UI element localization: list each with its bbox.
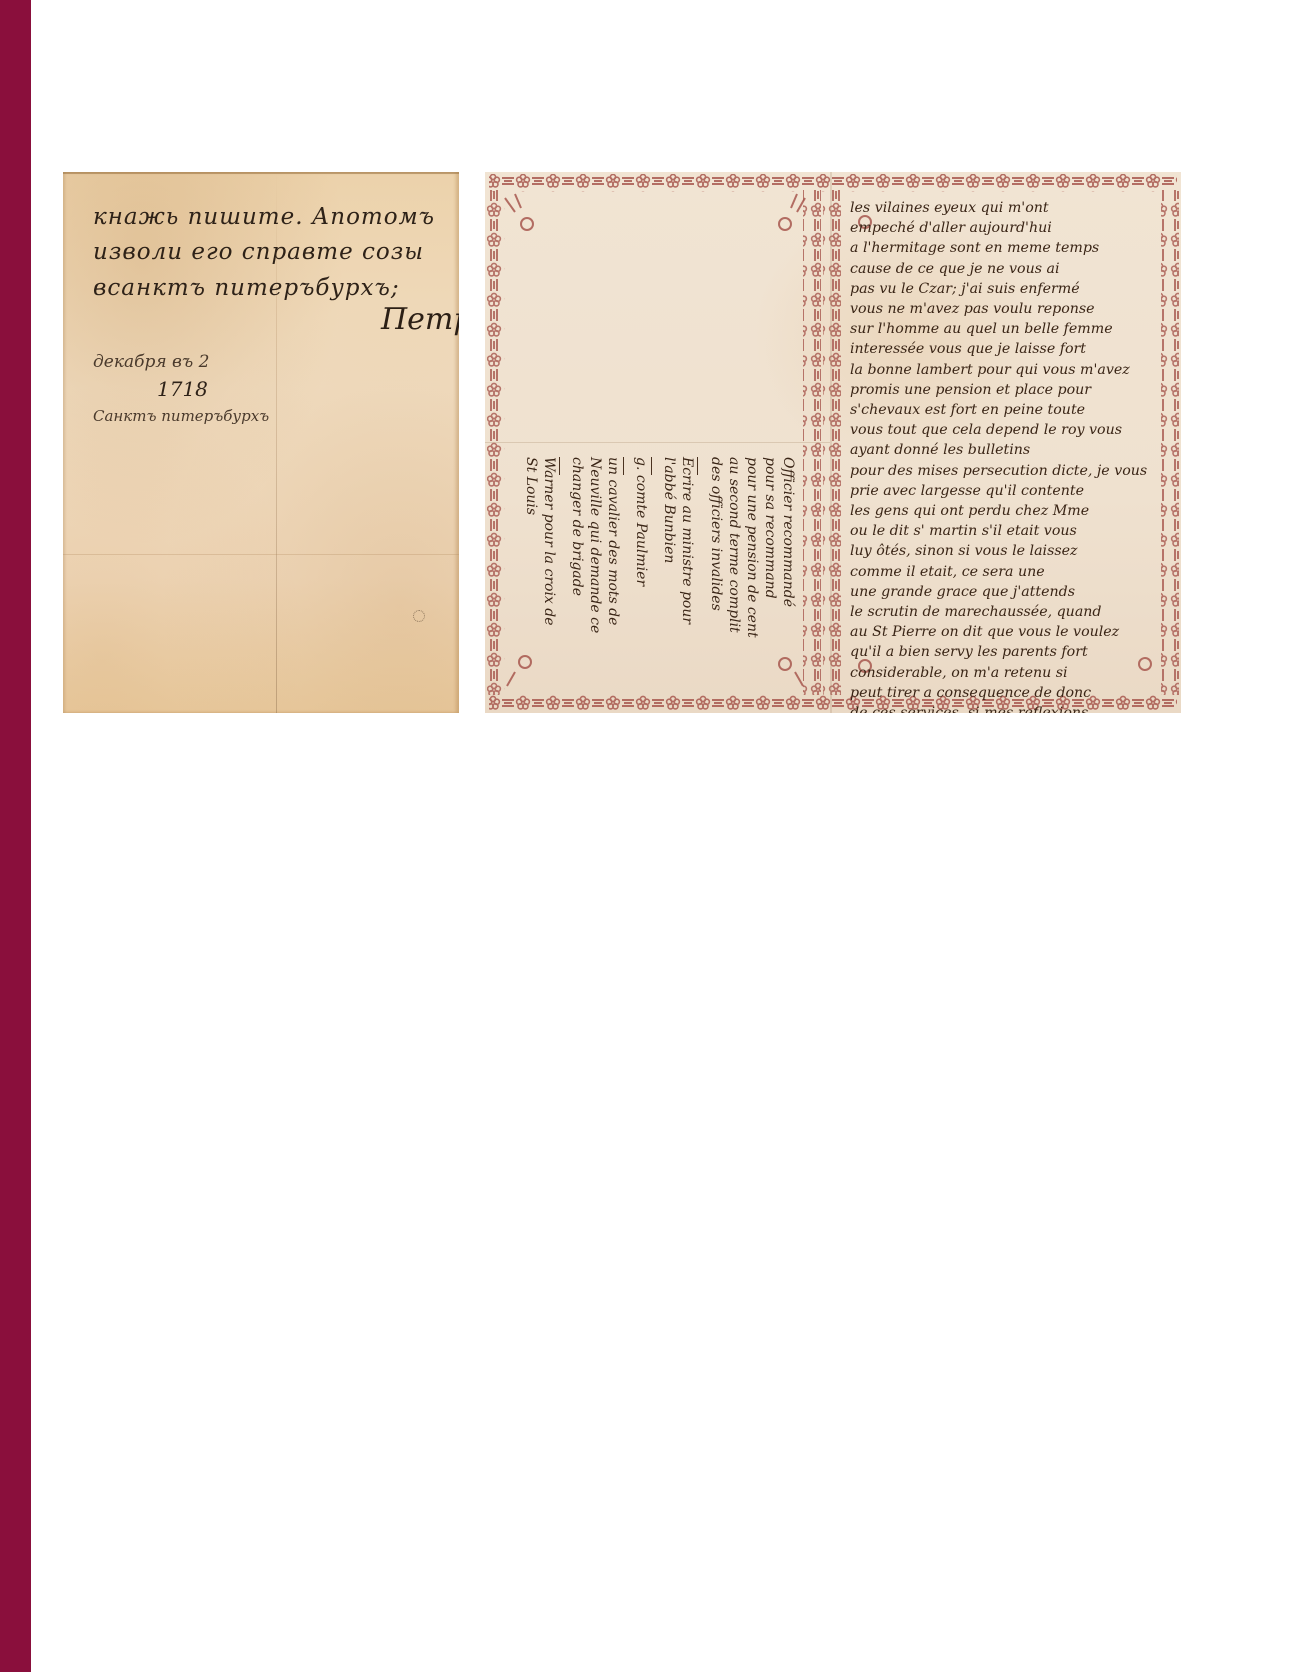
place-line: Санктъ питеръбурхъ (93, 407, 269, 425)
french-letter-image: les vilaines eyeux qui m'ont empeché d'a… (485, 172, 1181, 713)
note-line: un cavalier des mots de (605, 457, 621, 625)
letter-line: peut tirer a consequence de donc (850, 683, 1160, 703)
letter-line: luy ôtés, sinon si vous le laissez (850, 541, 1160, 561)
separator-dash (559, 457, 560, 475)
year: 1718 (157, 377, 208, 401)
letter-line: pas vu le Czar; j'ai suis enfermé (850, 279, 1160, 299)
russian-letter-image: кнажь пишите. Апотомъ изволи его справте… (63, 172, 459, 713)
letter-line: considerable, on m'a retenu si (850, 663, 1160, 683)
letter-line: s'chevaux est fort en peine toute (850, 400, 1160, 420)
letter-line: cause de ce que je ne vous ai (850, 259, 1160, 279)
paper-fold-vertical (830, 172, 832, 713)
letter-line: promis une pension et place pour (850, 380, 1160, 400)
letter-line: le scrutin de marechaussée, quand (850, 602, 1160, 622)
letter-line: prie avec largesse qu'il contente (850, 481, 1160, 501)
note-line: l'abbé Bunbien (661, 457, 677, 563)
separator-dash (697, 457, 698, 475)
note-line: Ecrire au ministre pour (679, 457, 695, 624)
letter-line: ayant donné les bulletins (850, 440, 1160, 460)
separator-dash (651, 457, 652, 475)
letter-line: au St Pierre on dit que vous le voulez (850, 622, 1160, 642)
note-line: au second terme complit (726, 457, 742, 633)
signature: Петръ (381, 302, 459, 337)
note-line: Neuville qui demande ce (587, 457, 603, 633)
letter-line: empeché d'aller aujourd'hui (850, 218, 1160, 238)
letter-line: vous ne m'avez pas voulu reponse (850, 299, 1160, 319)
letter-line: vous tout que cela depend le roy vous (850, 420, 1160, 440)
date-line: декабря въ 2 (93, 352, 210, 372)
note-line: changer de brigade (569, 457, 585, 596)
letter-line: всанктъ питеръбурхъ; (93, 275, 400, 301)
paper-fold-horizontal (63, 554, 459, 555)
stamp-mark-icon (413, 610, 425, 622)
letter-line: de ces services, si mes reflexions (850, 703, 1160, 713)
letter-line: comme il etait, ce sera une (850, 562, 1160, 582)
letter-line: ou le dit s' martin s'il etait vous (850, 521, 1160, 541)
note-line: pour une pension de cent (744, 457, 760, 638)
accent-side-bar (0, 0, 31, 1672)
letter-line: les vilaines eyeux qui m'ont (850, 198, 1160, 218)
letter-line: кнажь пишите. Апотомъ (93, 204, 435, 230)
letter-line: qu'il a bien servy les parents fort (850, 642, 1160, 662)
note-line: des officiers invalides (708, 457, 724, 611)
letter-line: sur l'homme au quel un belle femme (850, 319, 1160, 339)
letter-line: interessée vous que je laisse fort (850, 339, 1160, 359)
note-line: Officier recommandé (780, 457, 796, 607)
letter-line: la bonne lambert pour qui vous m'avez (850, 360, 1160, 380)
letter-line: pour des mises persecution dicte, je vou… (850, 461, 1160, 481)
letter-line: изволи его справте созы (93, 239, 424, 265)
note-line: pour sa recommand (762, 457, 778, 599)
letter-line: une grande grace que j'attends (850, 582, 1160, 602)
letter-line: les gens qui ont perdu chez Mme (850, 501, 1160, 521)
paper-fold-horizontal (485, 442, 830, 443)
note-line: St Louis (523, 457, 539, 515)
letter-body-text: les vilaines eyeux qui m'ont empeché d'a… (850, 198, 1160, 713)
letter-line: a l'hermitage sont en meme temps (850, 238, 1160, 258)
separator-dash (623, 457, 624, 475)
note-line: Warner pour la croix de (541, 457, 557, 626)
note-line: g. comte Paulmier (633, 457, 649, 586)
marginal-notes-vertical: Officier recommandé pour sa recommand po… (525, 457, 825, 687)
